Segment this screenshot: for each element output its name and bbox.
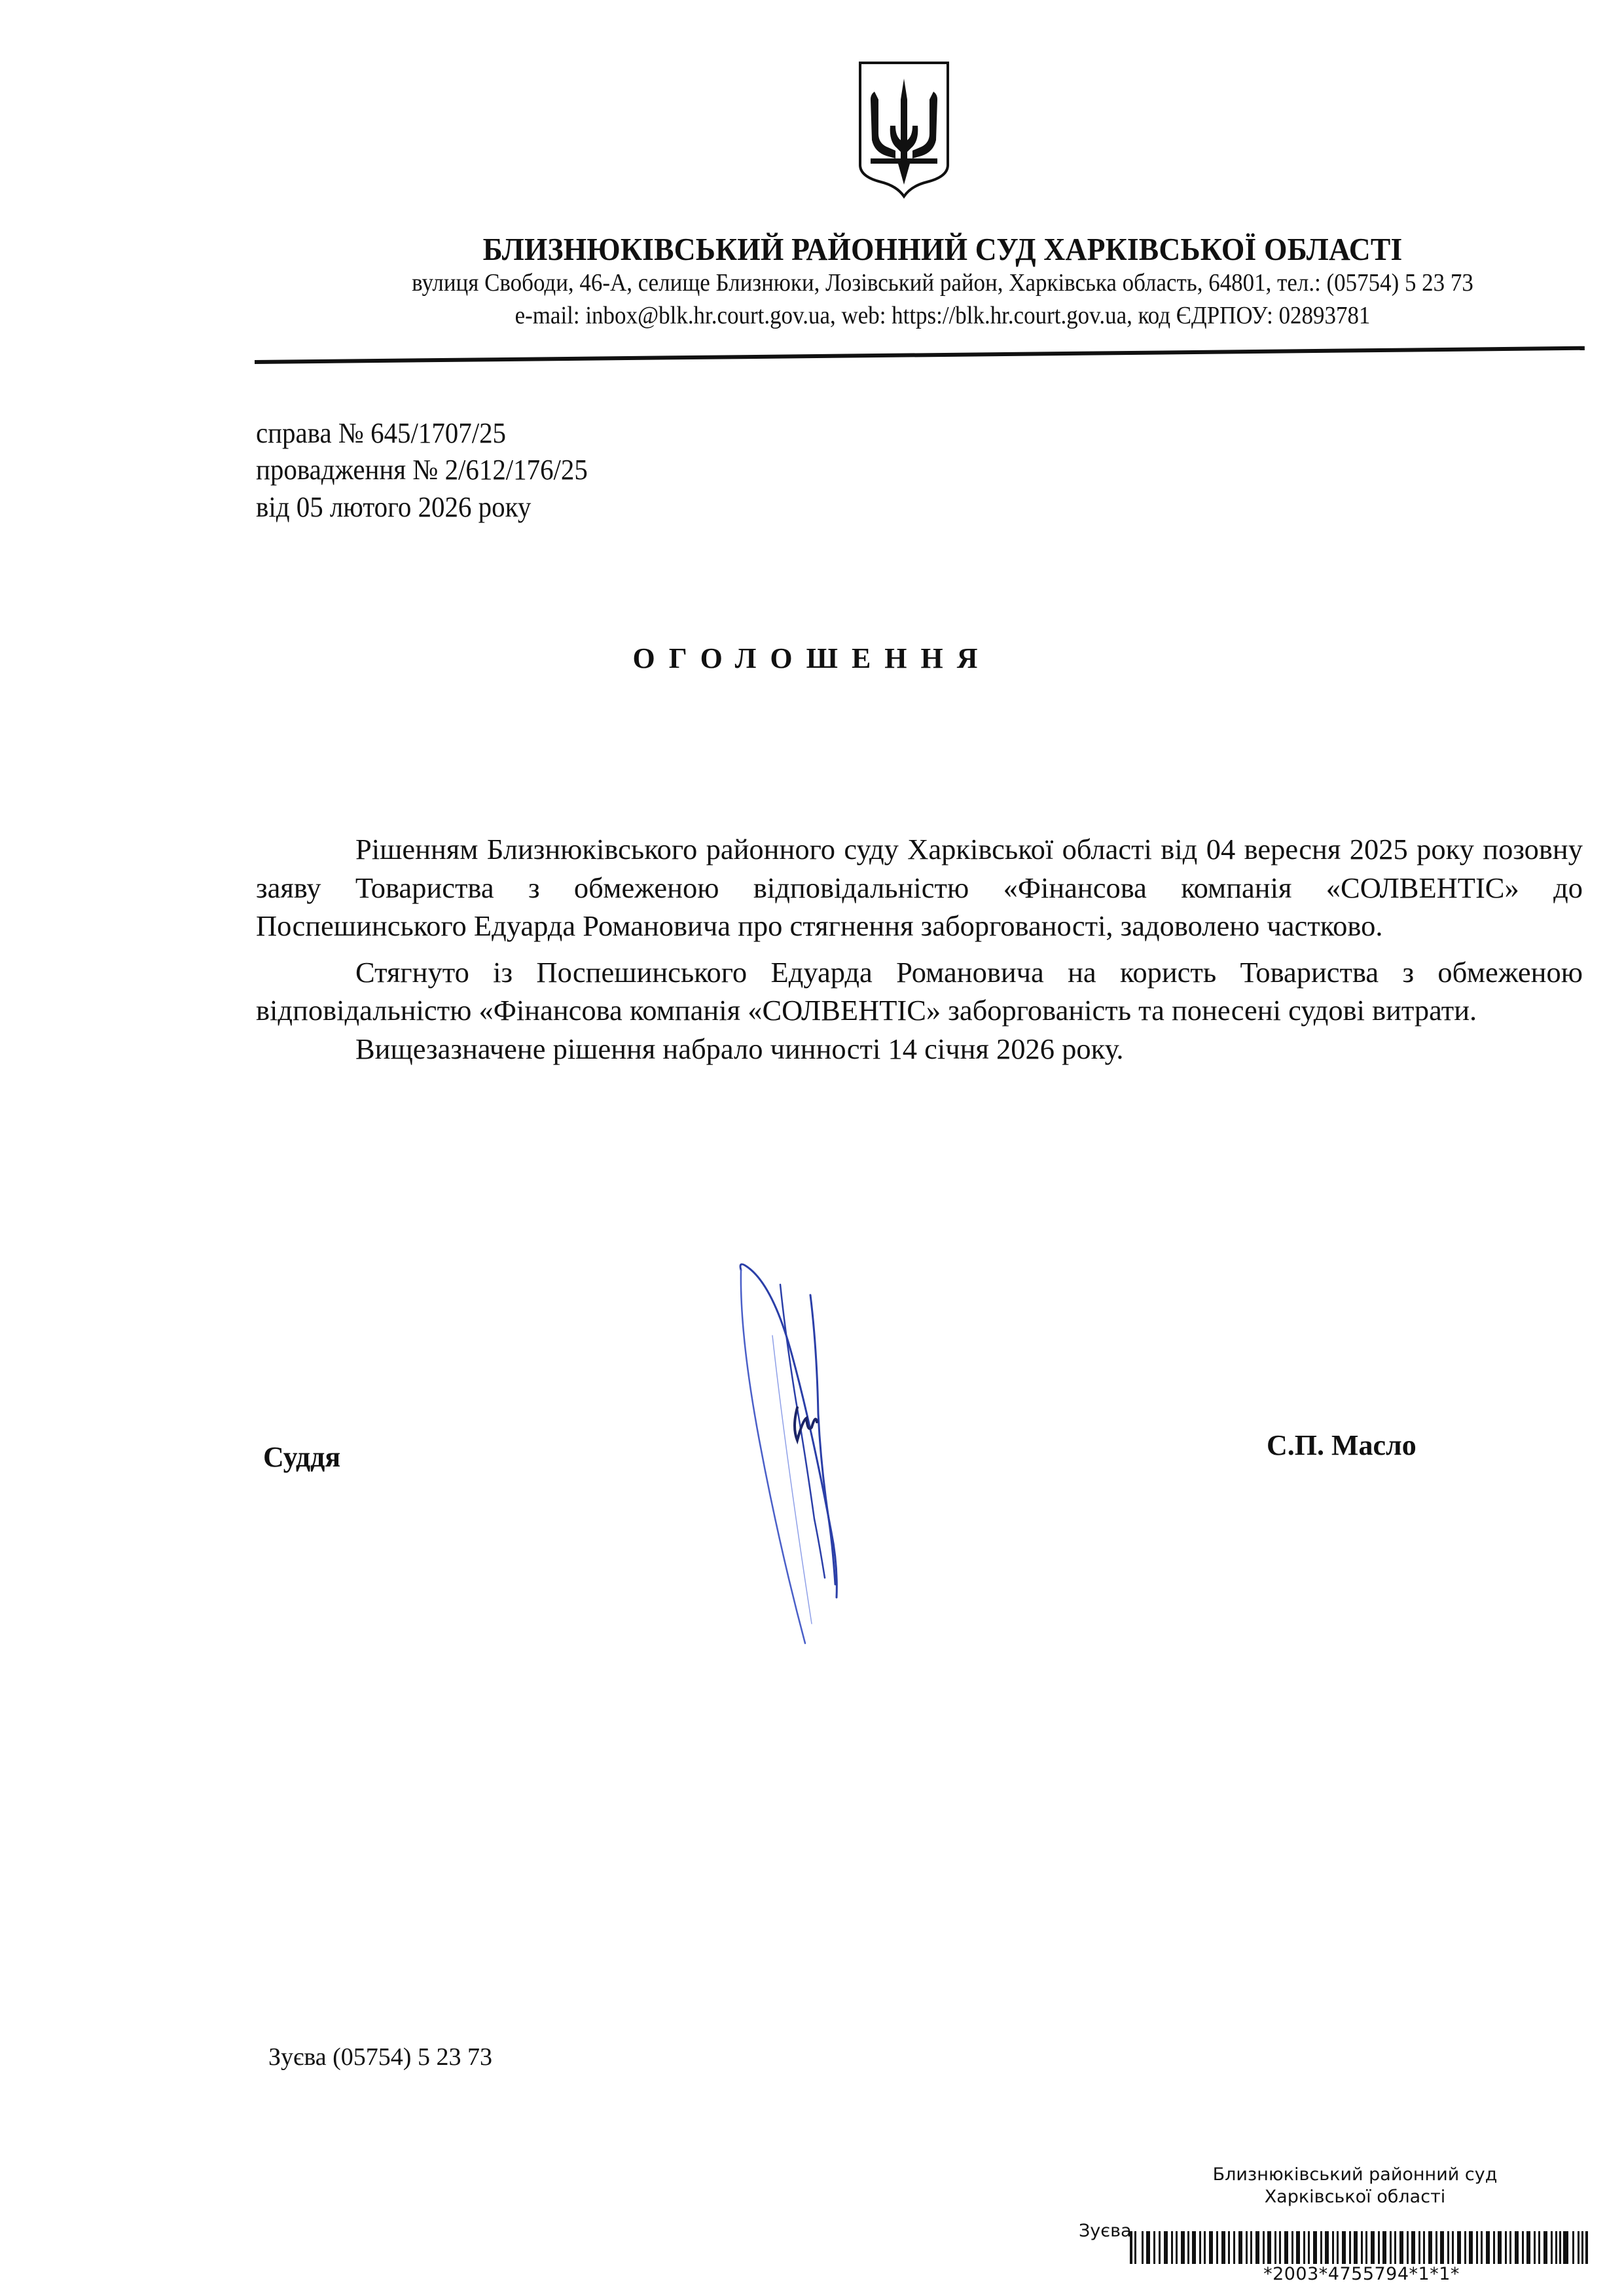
header-divider xyxy=(255,346,1585,364)
court-contacts: e-mail: inbox@blk.hr.court.gov.ua, web: … xyxy=(304,301,1581,330)
court-address: вулиця Свободи, 46-А, селище Близнюки, Л… xyxy=(304,268,1581,297)
stamp-executor: Зуєва xyxy=(1079,2221,1132,2241)
judge-role: Суддя xyxy=(263,1440,340,1474)
body-paragraph: Вищезазначене рішення набрало чинності 1… xyxy=(256,1030,1583,1068)
stamp-region: Харківської області xyxy=(1074,2187,1624,2207)
document-date: від 05 лютого 2026 року xyxy=(256,490,531,524)
body-paragraph: Рішенням Близнюківського районного суду … xyxy=(256,830,1583,945)
barcode-number: *2003*4755794*1*1* xyxy=(1060,2264,1624,2284)
proceeding-number: провадження № 2/612/176/25 xyxy=(256,453,588,486)
court-name-heading: БЛИЗНЮКІВСЬКИЙ РАЙОННИЙ СУД ХАРКІВСЬКОЇ … xyxy=(297,230,1588,268)
stamp-court-name: Близнюківський районний суд xyxy=(1074,2164,1624,2185)
registry-stamp: Близнюківський районний суд Харківської … xyxy=(1060,2160,1623,2296)
barcode-icon xyxy=(1130,2231,1614,2263)
judge-name: С.П. Масло xyxy=(1267,1429,1416,1462)
case-number: справа № 645/1707/25 xyxy=(256,416,506,450)
body-paragraph: Стягнуто із Поспешинського Едуарда Роман… xyxy=(256,953,1583,1030)
executor-contact: Зуєва (05754) 5 23 73 xyxy=(268,2043,492,2071)
handwritten-signature-icon xyxy=(733,1257,929,1650)
announcement-body: Рішенням Близнюківського районного суду … xyxy=(256,830,1583,1068)
coat-of-arms-icon xyxy=(855,60,953,199)
document-title: ОГОЛОШЕННЯ xyxy=(0,642,1624,675)
